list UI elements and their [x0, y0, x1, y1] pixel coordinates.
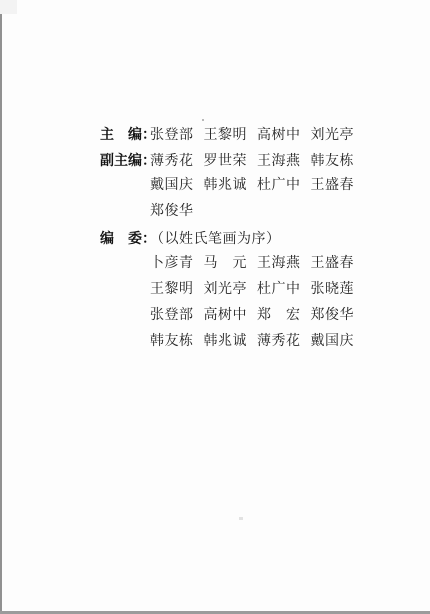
name-list: 张登部 王黎明 高树中 刘光亭 — [150, 123, 354, 149]
committee-member-row: 王黎明 刘光亭 杜广中 张晓莲 — [100, 277, 354, 303]
editor-name: 戴国庆 — [311, 329, 355, 355]
editor-name: 王盛春 — [311, 173, 355, 199]
editor-name: 张晓莲 — [311, 277, 355, 303]
committee-header-row: 编 委： （以姓氏笔画为序） — [100, 225, 354, 251]
scan-speck — [239, 517, 243, 520]
editor-name: 郑俊华 — [150, 199, 194, 225]
scanned-page: { "page": { "kind": "book-editorial-cred… — [0, 0, 430, 614]
editor-name: 罗世荣 — [204, 149, 248, 175]
editor-name: 卜彦青 — [150, 251, 194, 277]
scan-left-edge-line — [0, 0, 2, 614]
editor-name: 王海燕 — [257, 251, 301, 277]
editor-name: 王海燕 — [257, 149, 301, 175]
editor-name: 韩友栋 — [150, 329, 194, 355]
editor-name: 王黎明 — [204, 123, 248, 149]
editor-name: 张登部 — [150, 303, 194, 329]
scan-corner-mark — [0, 0, 17, 14]
editor-name: 韩友栋 — [311, 149, 355, 175]
name-list: 韩友栋 韩兆诚 薄秀花 戴国庆 — [150, 329, 354, 355]
editor-name: 王盛春 — [311, 251, 355, 277]
editor-name: 王黎明 — [150, 277, 194, 303]
editor-name: 韩兆诚 — [204, 329, 248, 355]
committee-member-row: 张登部 高树中 郑 宏 郑俊华 — [100, 303, 354, 329]
editor-name: 戴国庆 — [150, 173, 194, 199]
editor-name: 马 元 — [204, 251, 248, 277]
sort-order-note: （以姓氏笔画为序） — [150, 227, 281, 253]
chief-editor-label: 主 编： — [100, 121, 150, 147]
deputy-editor-row-continued: 戴国庆 韩兆诚 杜广中 王盛春 — [100, 173, 354, 199]
committee-label: 编 委： — [100, 225, 150, 251]
name-list: 戴国庆 韩兆诚 杜广中 王盛春 — [150, 173, 354, 199]
deputy-editor-label: 副主编： — [100, 147, 150, 173]
editor-name: 刘光亭 — [311, 123, 355, 149]
editor-name: 张登部 — [150, 123, 194, 149]
editor-name: 杜广中 — [257, 277, 301, 303]
editor-name: 杜广中 — [257, 173, 301, 199]
editor-name: 郑俊华 — [311, 303, 355, 329]
editor-name: 高树中 — [204, 303, 248, 329]
editor-name: 郑 宏 — [257, 303, 301, 329]
name-list: 郑俊华 — [150, 199, 194, 225]
editor-name: 薄秀花 — [257, 329, 301, 355]
committee-member-row: 卜彦青 马 元 王海燕 王盛春 — [100, 251, 354, 277]
editor-name: 高树中 — [257, 123, 301, 149]
note-wrap: （以姓氏笔画为序） — [150, 227, 281, 253]
name-list: 张登部 高树中 郑 宏 郑俊华 — [150, 303, 354, 329]
editorial-credits-block: 主 编： 张登部 王黎明 高树中 刘光亭 副主编： 薄秀花 罗世荣 王海燕 韩友… — [100, 121, 354, 355]
name-list: 薄秀花 罗世荣 王海燕 韩友栋 — [150, 149, 354, 175]
name-list: 卜彦青 马 元 王海燕 王盛春 — [150, 251, 354, 277]
chief-editor-row: 主 编： 张登部 王黎明 高树中 刘光亭 — [100, 121, 354, 147]
editor-name: 薄秀花 — [150, 149, 194, 175]
deputy-editor-row-continued: 郑俊华 — [100, 199, 354, 225]
committee-member-row: 韩友栋 韩兆诚 薄秀花 戴国庆 — [100, 329, 354, 355]
name-list: 王黎明 刘光亭 杜广中 张晓莲 — [150, 277, 354, 303]
deputy-editor-row: 副主编： 薄秀花 罗世荣 王海燕 韩友栋 — [100, 147, 354, 173]
editor-name: 刘光亭 — [204, 277, 248, 303]
editor-name: 韩兆诚 — [204, 173, 248, 199]
